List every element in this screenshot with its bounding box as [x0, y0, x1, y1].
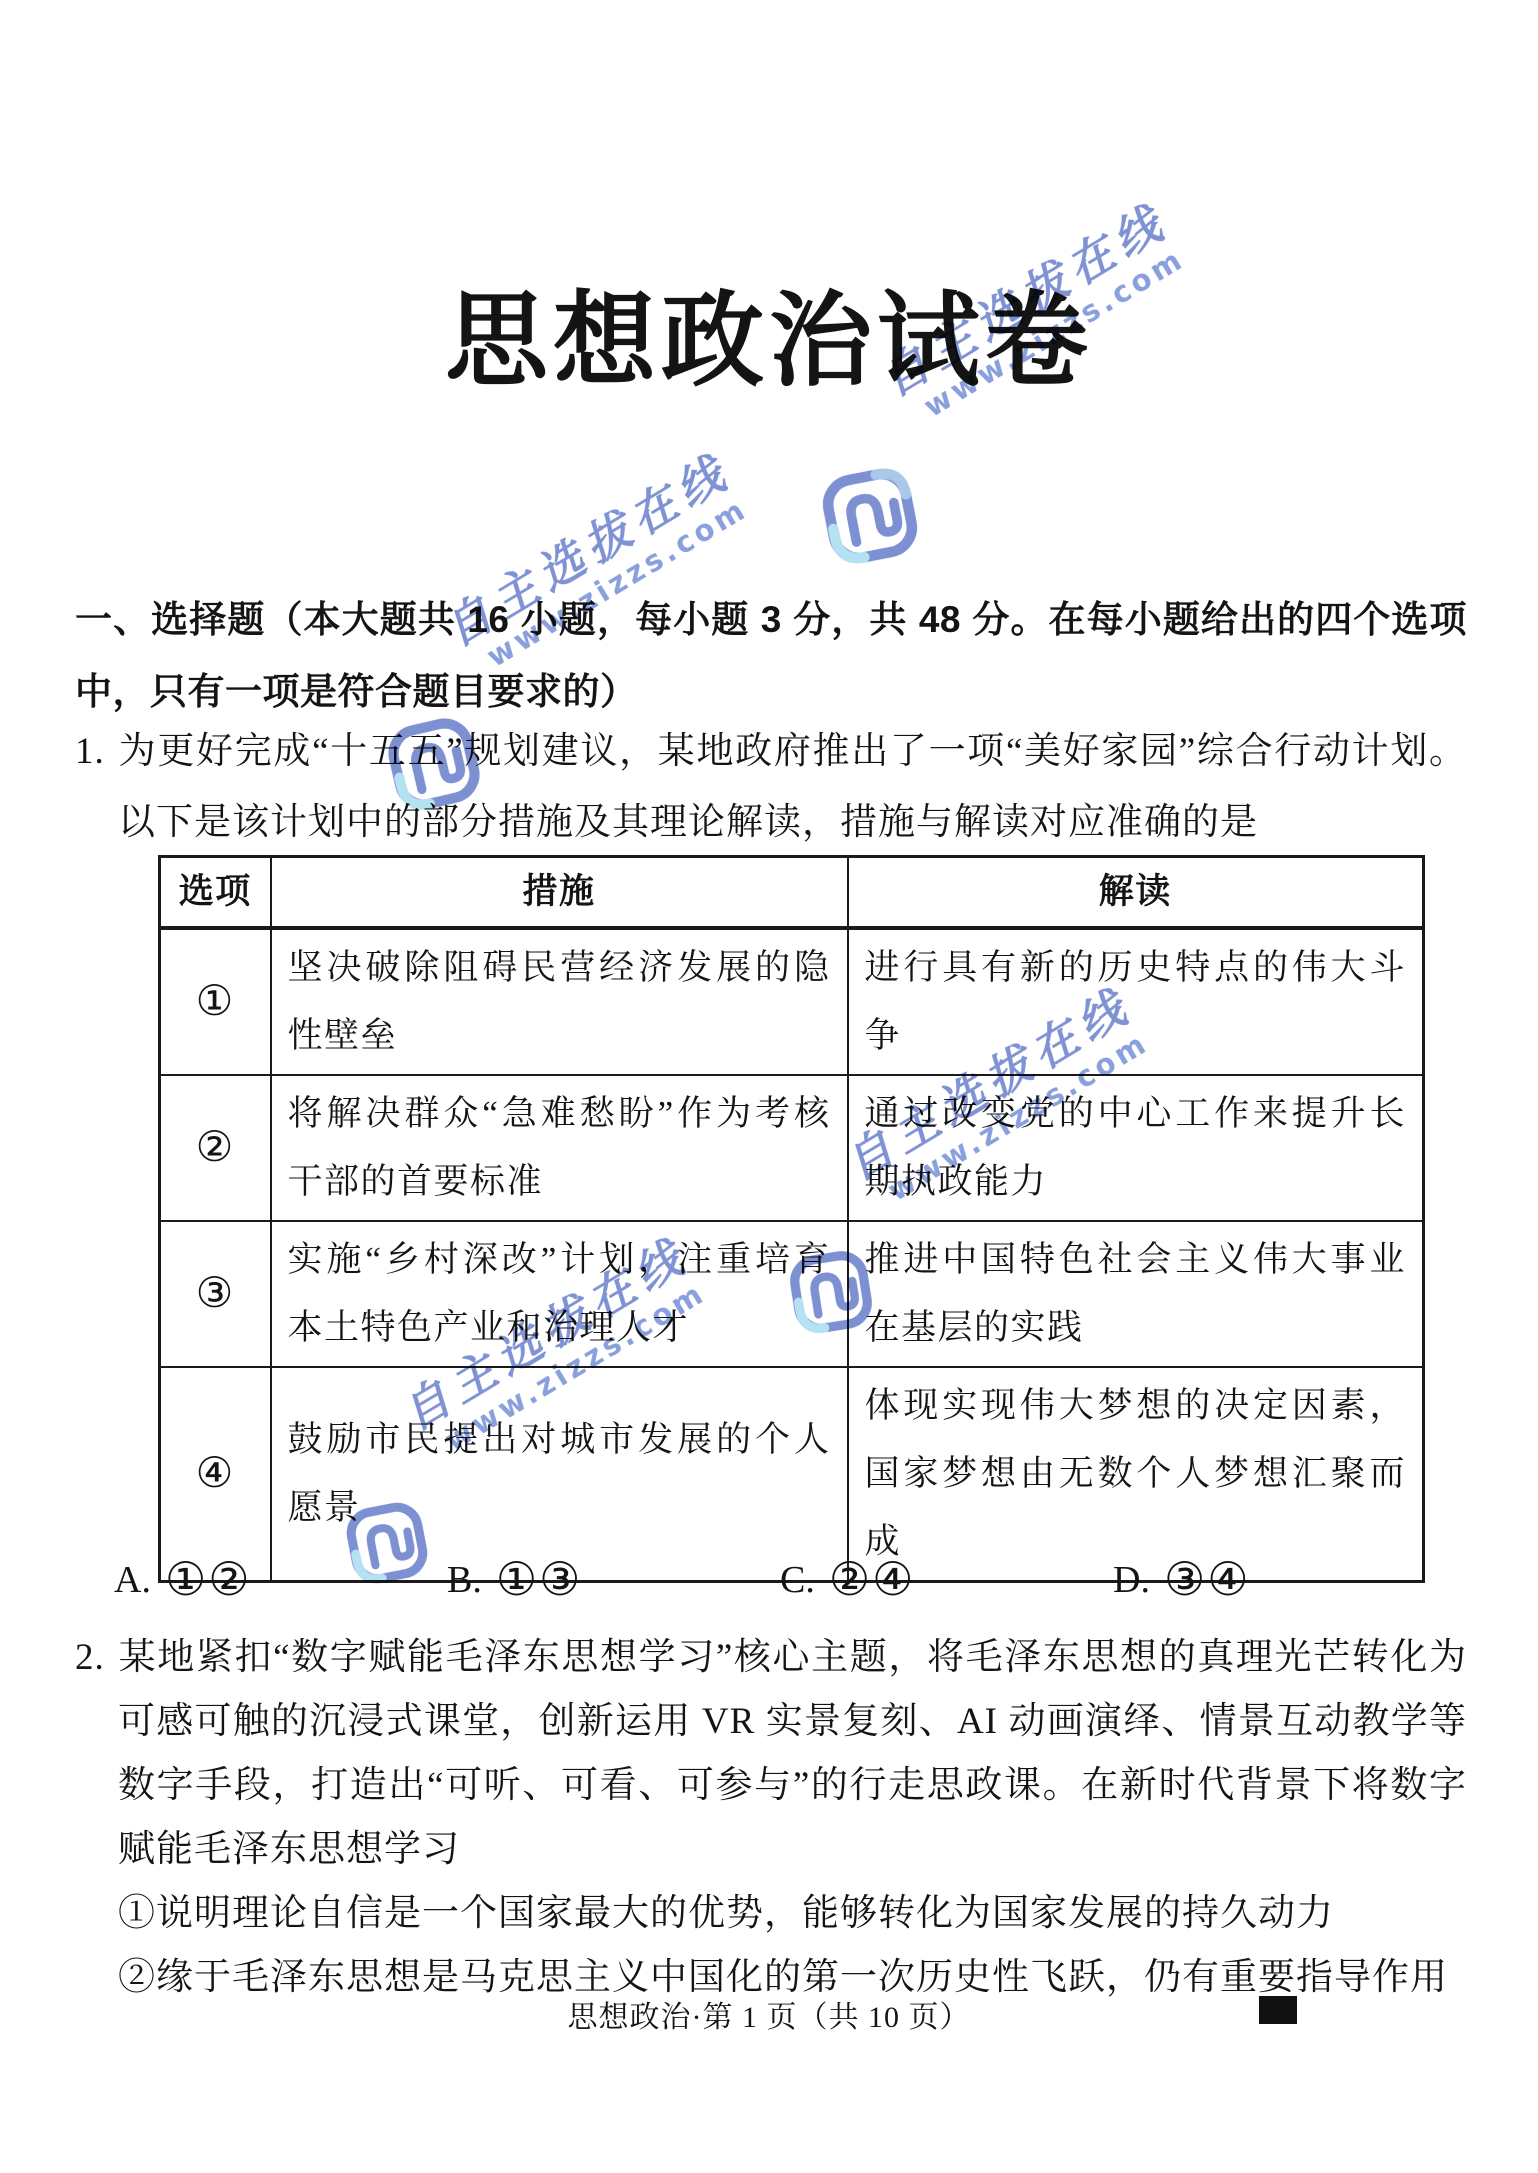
- choice-d: D.③④: [1113, 1552, 1446, 1608]
- question-1-stem: 为更好完成“十五五”规划建议，某地政府推出了一项“美好家园”综合行动计划。以下是…: [118, 731, 1467, 843]
- table-header-interpretation: 解读: [848, 857, 1424, 929]
- page-title: 思想政治试卷: [0, 283, 1538, 401]
- question-2-number: 2.: [75, 1626, 118, 1690]
- table-cell-measure-1: 坚决破除阻碍民营经济发展的隐性壁垒: [271, 928, 848, 1075]
- section-heading: 一、选择题（本大题共 16 小题，每小题 3 分，共 48 分。在每小题给出的四…: [75, 584, 1467, 728]
- table-cell-measure-4: 鼓励市民提出对城市发展的个人愿景: [271, 1367, 848, 1582]
- table-row: ① 坚决破除阻碍民营经济发展的隐性壁垒 进行具有新的历史特点的伟大斗争: [160, 928, 1424, 1075]
- table-cell-measure-2: 将解决群众“急难愁盼”作为考核干部的首要标准: [271, 1075, 848, 1221]
- table-cell-interpretation-1: 进行具有新的历史特点的伟大斗争: [848, 928, 1424, 1075]
- page-footer-mark-square: [1259, 1996, 1297, 2024]
- question-1: 1.为更好完成“十五五”规划建议，某地政府推出了一项“美好家园”综合行动计划。以…: [75, 716, 1467, 858]
- table-cell-measure-3: 实施“乡村深改”计划，注重培育本土特色产业和治理人才: [271, 1221, 848, 1367]
- q1-choices: A.①②B.①③C.②④D.③④: [114, 1552, 1514, 1608]
- zizzs-logo-icon: [814, 460, 927, 573]
- table-row: ③ 实施“乡村深改”计划，注重培育本土特色产业和治理人才 推进中国特色社会主义伟…: [160, 1221, 1424, 1367]
- table-cell-interpretation-3: 推进中国特色社会主义伟大事业在基层的实践: [848, 1221, 1424, 1367]
- exam-page: 思想政治试卷 一、选择题（本大题共 16 小题，每小题 3 分，共 48 分。在…: [0, 0, 1538, 2173]
- table-cell-option-4: ④: [160, 1367, 271, 1582]
- q1-options-table: 选项 措施 解读 ① 坚决破除阻碍民营经济发展的隐性壁垒 进行具有新的历史特点的…: [158, 855, 1425, 1583]
- question-1-number: 1.: [75, 716, 118, 787]
- question-2: 2.某地紧扣“数字赋能毛泽东思想学习”核心主题，将毛泽东思想的真理光芒转化为可感…: [75, 1626, 1467, 2010]
- table-cell-option-1: ①: [160, 928, 271, 1075]
- table-cell-interpretation-4: 体现实现伟大梦想的决定因素，国家梦想由无数个人梦想汇聚而成: [848, 1367, 1424, 1582]
- table-cell-interpretation-2: 通过改变党的中心工作来提升长期执政能力: [848, 1075, 1424, 1221]
- table-header-measure: 措施: [271, 857, 848, 929]
- table-row: ② 将解决群众“急难愁盼”作为考核干部的首要标准 通过改变党的中心工作来提升长期…: [160, 1075, 1424, 1221]
- choice-a: A.①②: [114, 1552, 447, 1608]
- choice-b: B.①③: [447, 1552, 780, 1608]
- statement-1: ①说明理论自信是一个国家最大的优势，能够转化为国家发展的持久动力: [118, 1882, 1467, 1946]
- table-header-option: 选项: [160, 857, 271, 929]
- question-2-statements: ①说明理论自信是一个国家最大的优势，能够转化为国家发展的持久动力 ②缘于毛泽东思…: [118, 1882, 1467, 2010]
- table-row: ④ 鼓励市民提出对城市发展的个人愿景 体现实现伟大梦想的决定因素，国家梦想由无数…: [160, 1367, 1424, 1582]
- question-2-stem: 某地紧扣“数字赋能毛泽东思想学习”核心主题，将毛泽东思想的真理光芒转化为可感可触…: [118, 1637, 1467, 1870]
- table-cell-option-2: ②: [160, 1075, 271, 1221]
- table-cell-option-3: ③: [160, 1221, 271, 1367]
- choice-c: C.②④: [780, 1552, 1113, 1608]
- page-footer: 思想政治·第 1 页（共 10 页）: [0, 1992, 1538, 2036]
